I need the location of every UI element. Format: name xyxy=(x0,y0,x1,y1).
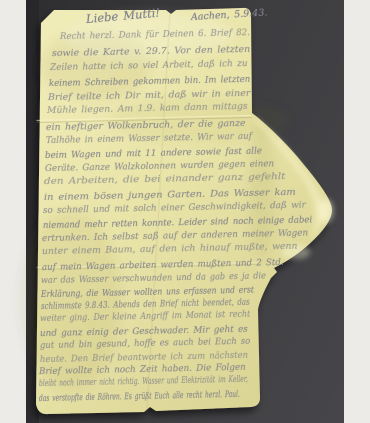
photo-margin-right xyxy=(344,0,370,423)
photo-margin-left xyxy=(0,0,26,423)
letter-photograph: Liebe Mutti! Aachen, 5.9.43. Recht herzl… xyxy=(0,0,370,423)
